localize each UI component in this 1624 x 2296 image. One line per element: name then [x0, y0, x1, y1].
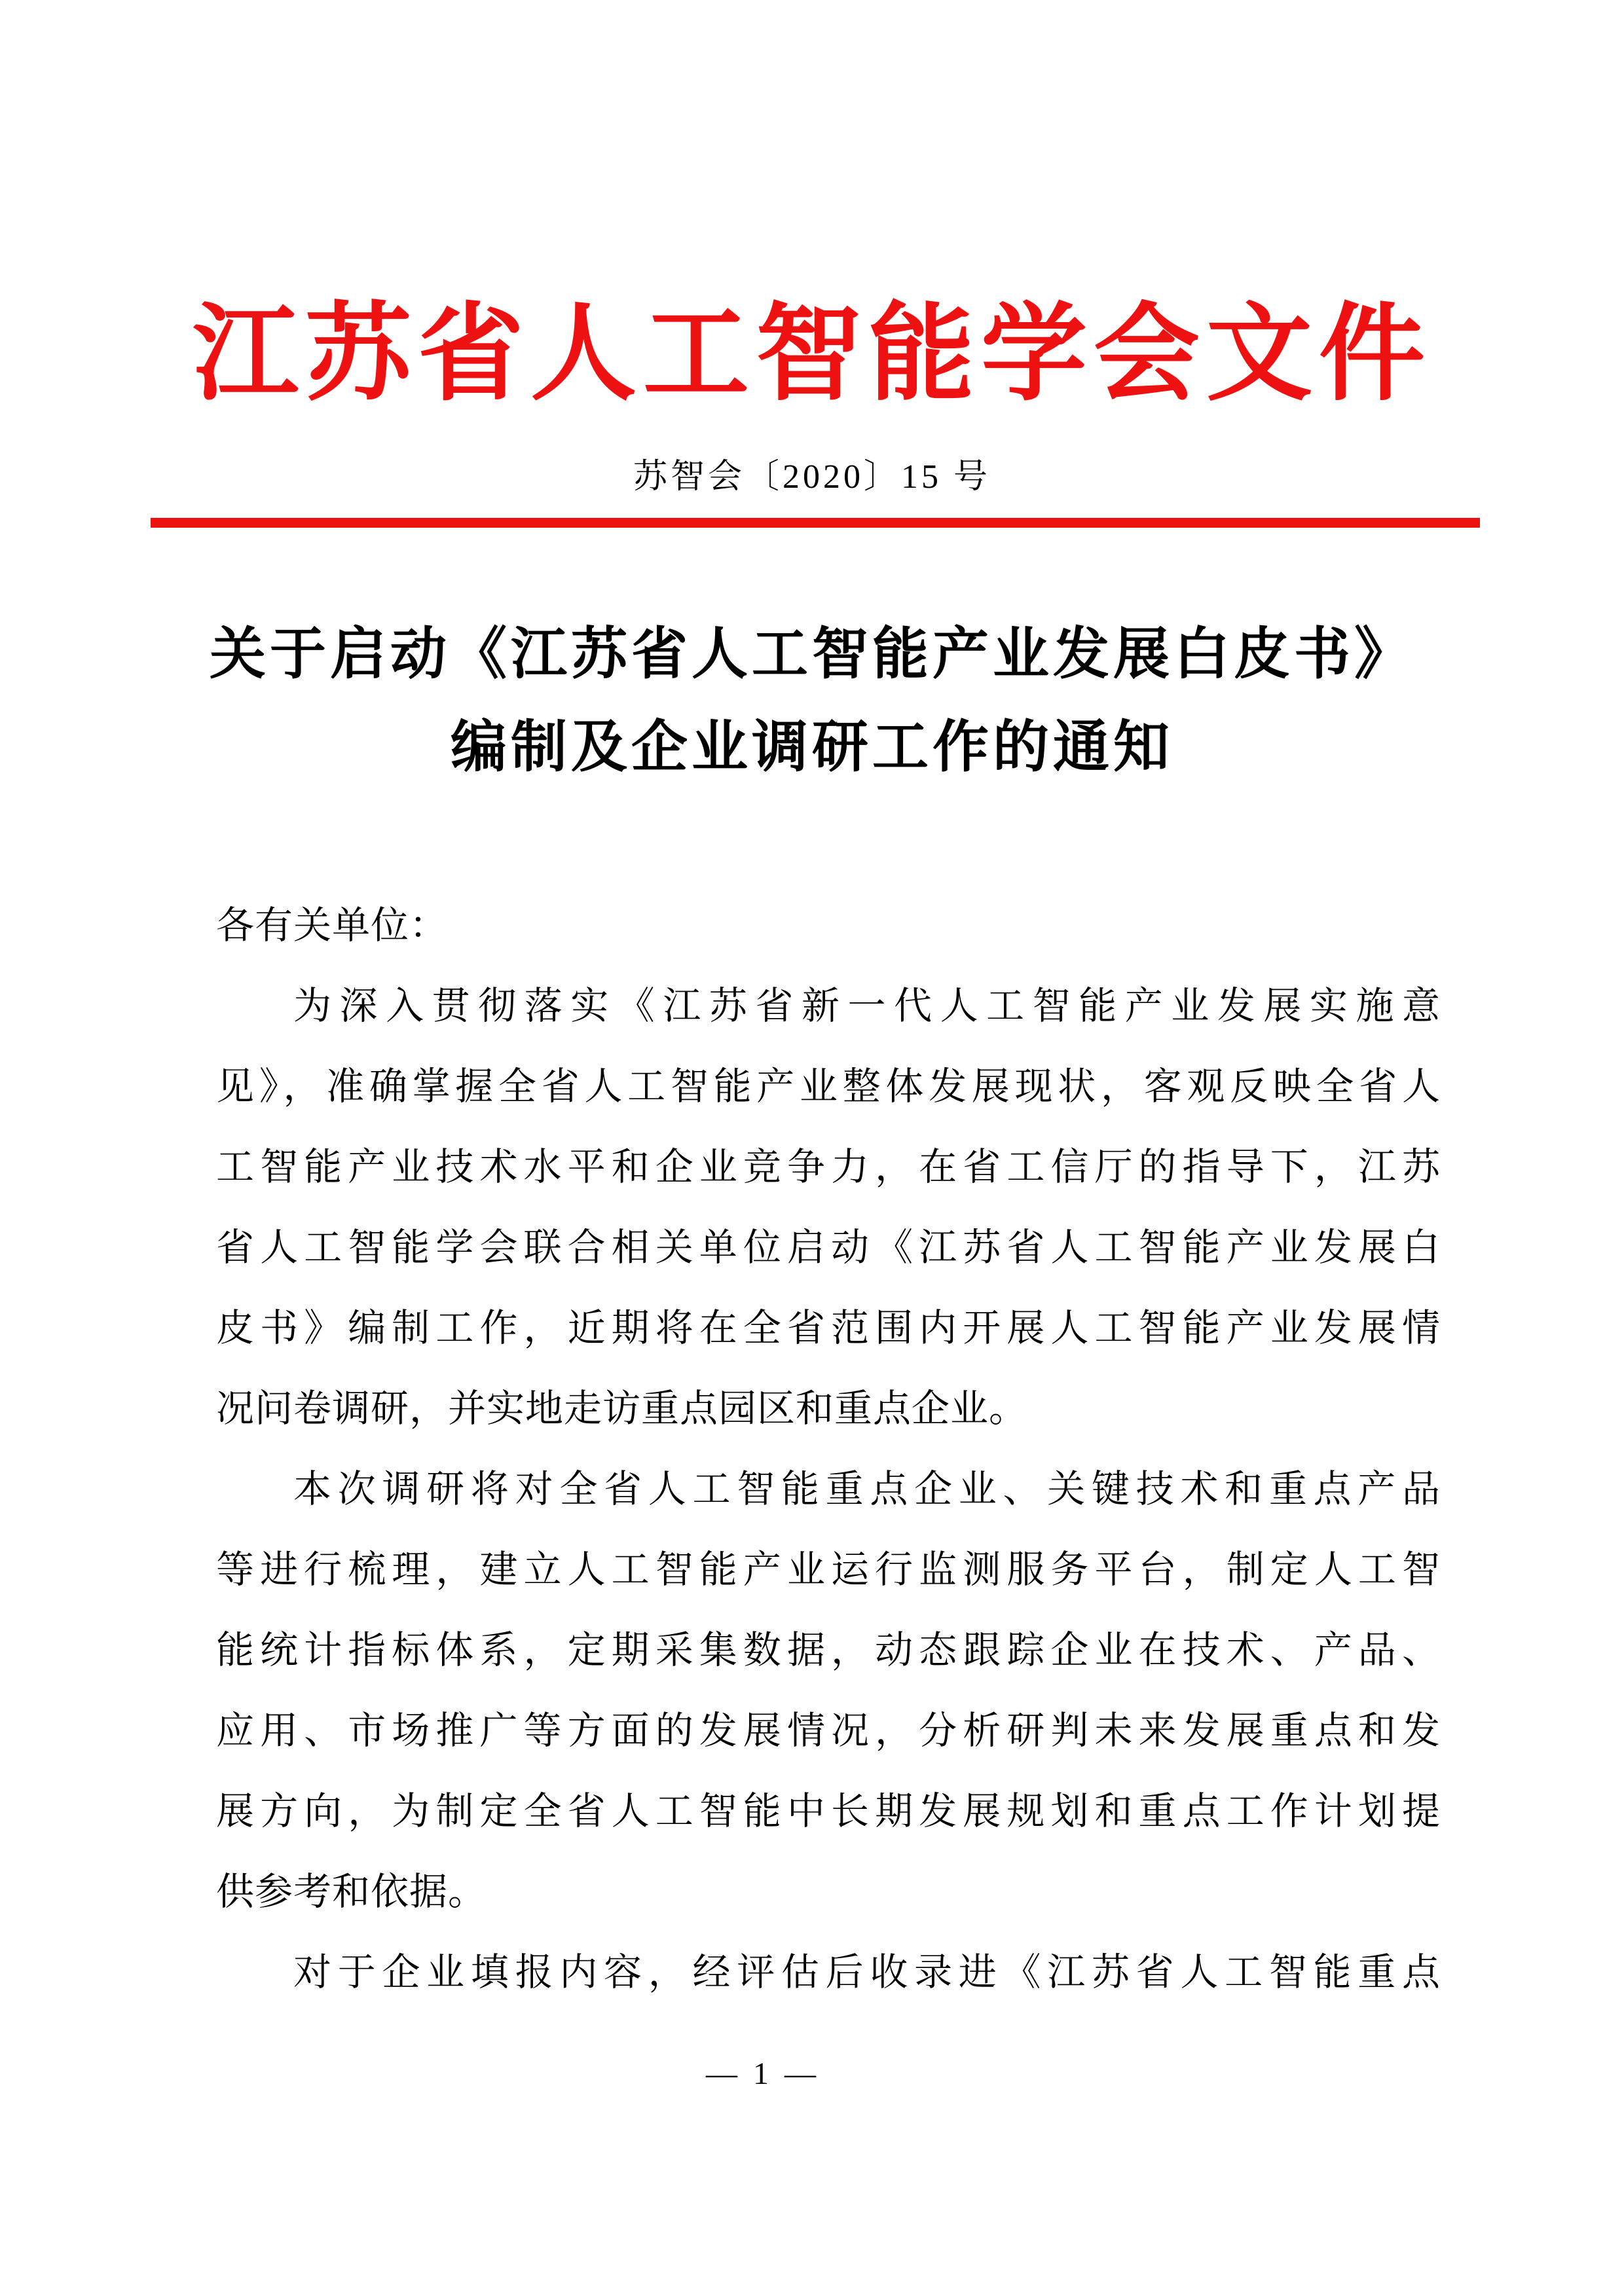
- page-number: — 1 —: [0, 2056, 1575, 2092]
- body-line: 工智能产业技术水平和企业竞争力，在省工信厅的指导下，江苏: [216, 1127, 1441, 1207]
- body-line: 况问卷调研，并实地走访重点园区和重点企业。: [216, 1368, 1441, 1449]
- org-masthead-title: 江苏省人工智能学会文件: [0, 300, 1624, 411]
- body-line: 等进行梳理，建立人工智能产业运行监测服务平台，制定人工智: [216, 1529, 1441, 1610]
- document-title-line1: 关于启动《江苏省人工智能产业发展白皮书》: [0, 608, 1624, 701]
- body-line: 展方向，为制定全省人工智能中长期发展规划和重点工作计划提: [216, 1771, 1441, 1851]
- body-line: 应用、市场推广等方面的发展情况，分析研判未来发展重点和发: [216, 1690, 1441, 1771]
- document-page: 江苏省人工智能学会文件 苏智会〔2020〕15 号 关于启动《江苏省人工智能产业…: [0, 0, 1624, 2296]
- document-body: 各有关单位： 为深入贯彻落实《江苏省新一代人工智能产业发展实施意 见》，准确掌握…: [216, 885, 1441, 2013]
- body-line: 为深入贯彻落实《江苏省新一代人工智能产业发展实施意: [216, 966, 1441, 1046]
- document-title: 关于启动《江苏省人工智能产业发展白皮书》 编制及企业调研工作的通知: [0, 608, 1624, 793]
- body-line: 省人工智能学会联合相关单位启动《江苏省人工智能产业发展白: [216, 1207, 1441, 1288]
- document-title-line2: 编制及企业调研工作的通知: [0, 701, 1624, 793]
- salutation-line: 各有关单位：: [216, 885, 1441, 966]
- body-line: 见》，准确掌握全省人工智能产业整体发展现状，客观反映全省人: [216, 1046, 1441, 1127]
- body-line: 皮书》编制工作，近期将在全省范围内开展人工智能产业发展情: [216, 1288, 1441, 1368]
- body-line: 能统计指标体系，定期采集数据，动态跟踪企业在技术、产品、: [216, 1610, 1441, 1690]
- red-divider-rule: [151, 518, 1480, 528]
- body-line: 对于企业填报内容，经评估后收录进《江苏省人工智能重点: [216, 1932, 1441, 2013]
- body-line: 本次调研将对全省人工智能重点企业、关键技术和重点产品: [216, 1449, 1441, 1529]
- doc-reference-number: 苏智会〔2020〕15 号: [0, 457, 1624, 498]
- body-line: 供参考和依据。: [216, 1851, 1441, 1932]
